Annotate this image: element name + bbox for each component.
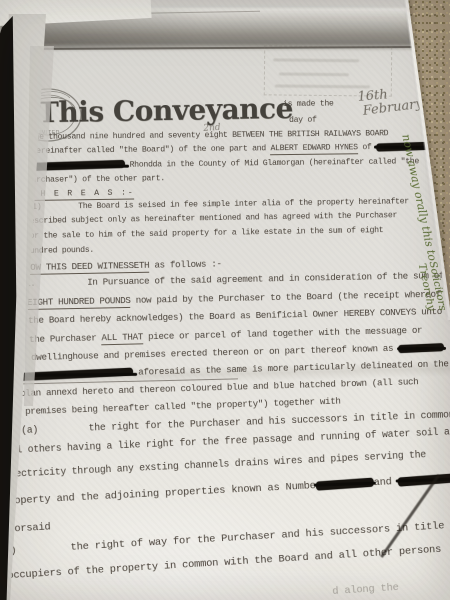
deed-line-d: Purchaser") of the other part.: [27, 174, 165, 185]
line-n-tail: piece or parcel of land together with th…: [143, 325, 423, 343]
line-o-text: dwellinghouse and premises erected there…: [31, 343, 398, 363]
deed-line-h: for the sale to him of the said property…: [25, 226, 383, 241]
deed-line-u: electricity through any exsting channels…: [4, 449, 426, 480]
line-n-text: the Purchaser: [29, 332, 102, 345]
all-that-text: ALL THAT: [101, 331, 143, 344]
line-c-text: Rhondda in the County of Mid Glamorgan (…: [125, 157, 419, 170]
deed-line-l: EIGHT HUNDRED POUNDS now paid by the Pur…: [27, 288, 441, 307]
witnesseth-heading: NOW THIS DEED WITNESSETH as follows :-: [25, 258, 222, 273]
line-v-text: property and the adjoining properties kn…: [2, 480, 316, 508]
redaction-bar: [398, 343, 444, 353]
photographed-conveyance-deed: LIMITED This Conveyance is made the day …: [0, 0, 450, 600]
deed-line-n: the Purchaser ALL THAT piece or parcel o…: [29, 325, 422, 345]
deed-line-r: premises being hereafter called "the pro…: [25, 396, 341, 417]
deed-line-g: described subject only as hereinafter me…: [25, 211, 397, 226]
witnesseth-tail: as follows :-: [149, 258, 222, 270]
consideration-amount: EIGHT HUNDRED POUNDS: [27, 294, 131, 309]
deed-line-c: Rhondda in the County of Mid Glamorgan (…: [30, 157, 419, 171]
handwritten-insertion: 2nd: [203, 123, 221, 134]
redaction-bar: [315, 477, 373, 490]
line-l-tail: now paid by the Purchaser to the Board (…: [130, 288, 441, 305]
purchaser-name: ALBERT EDWARD HYNES: [270, 143, 357, 154]
witnesseth-text: NOW THIS DEED WITNESSETH: [25, 260, 149, 275]
line-b-text: (hereinafter called "the Board") of the …: [27, 144, 271, 156]
line-v-and: and: [373, 476, 398, 489]
redaction-bar: [397, 473, 450, 486]
deed-title: This Conveyance: [38, 92, 293, 129]
deed-line-b: (hereinafter called "the Board") of the …: [27, 142, 428, 156]
deed-line-z-partial: d along the: [332, 582, 399, 598]
deed-line-m: the Board hereby acknowledges) the Board…: [28, 306, 442, 326]
deed-line-v: property and the adjoining properties kn…: [2, 473, 450, 508]
